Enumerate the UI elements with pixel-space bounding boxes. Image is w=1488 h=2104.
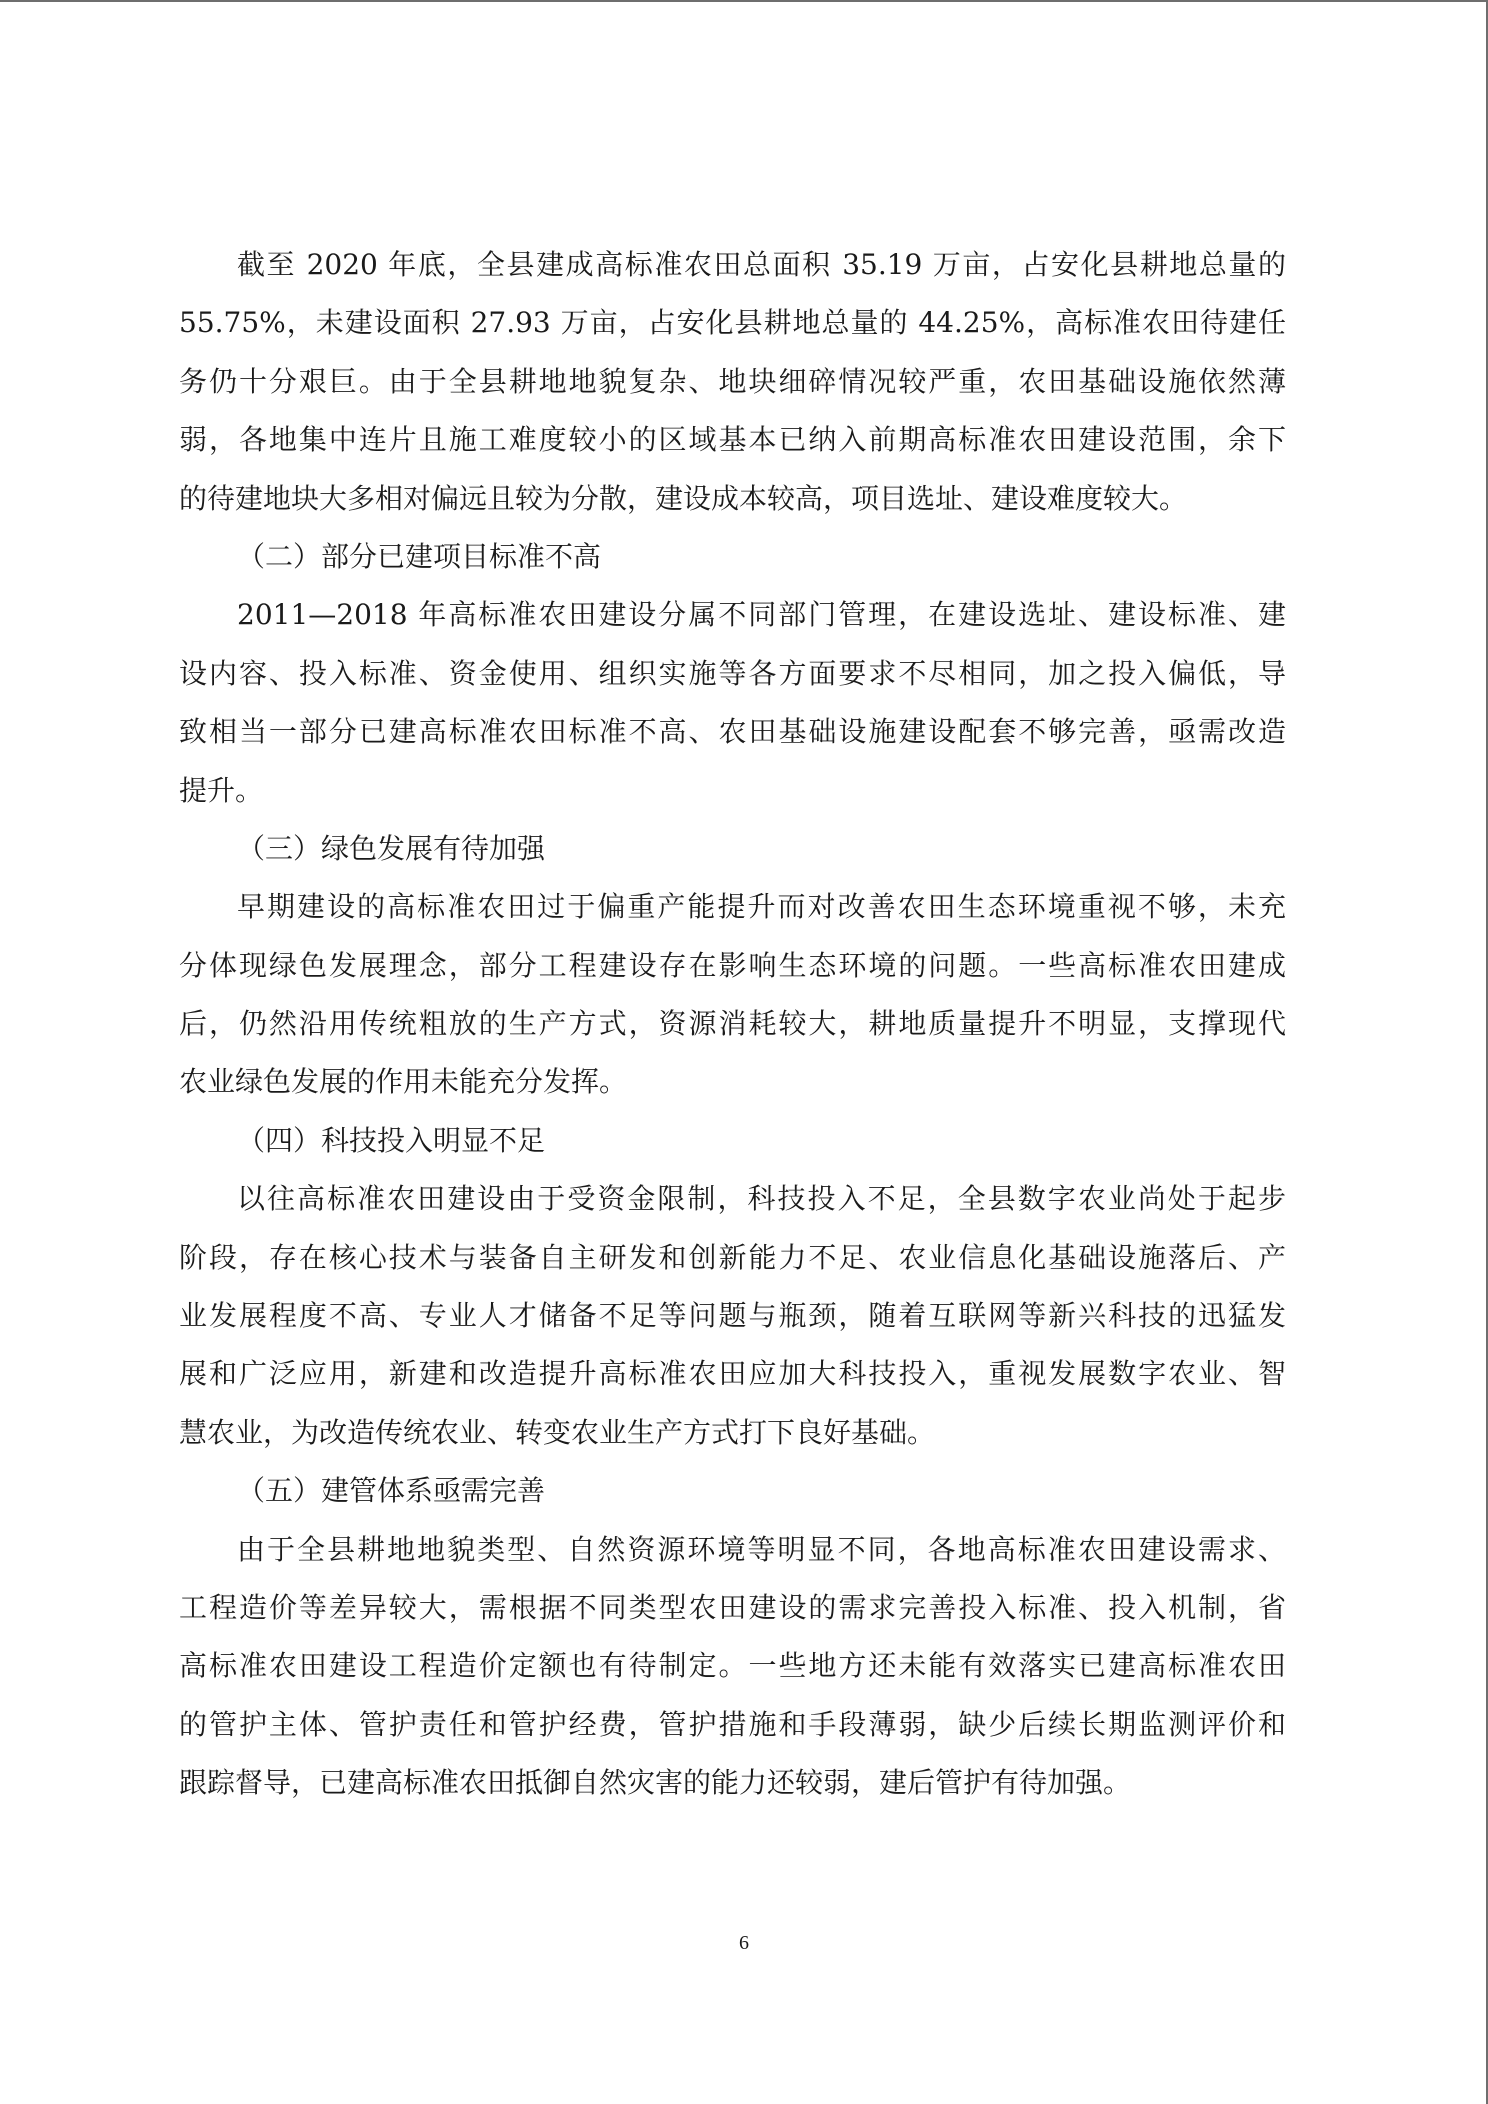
paragraph-management-system: 由于全县耕地地貌类型、自然资源环境等明显不同，各地高标准农田建设需求、 工程造价… [179, 1521, 1286, 1813]
paragraph-line: 的管护主体、管护责任和管护经费，管护措施和手段薄弱，缺少后续长期监测评价和 [179, 1696, 1286, 1754]
paragraph-line: 农业绿色发展的作用未能充分发挥。 [179, 1053, 1286, 1111]
paragraph-line: 阶段，存在核心技术与装备自主研发和创新能力不足、农业信息化基础设施落后、产 [179, 1229, 1286, 1287]
paragraph-line: 业发展程度不高、专业人才储备不足等问题与瓶颈，随着互联网等新兴科技的迅猛发 [179, 1287, 1286, 1345]
paragraph-completion-status: 截至 2020 年底，全县建成高标准农田总面积 35.19 万亩，占安化县耕地总… [179, 236, 1286, 528]
paragraph-line: 提升。 [179, 762, 1286, 820]
document-body: 截至 2020 年底，全县建成高标准农田总面积 35.19 万亩，占安化县耕地总… [179, 236, 1286, 1813]
paragraph-line: 2011—2018 年高标准农田建设分属不同部门管理，在建设选址、建设标准、建 [179, 586, 1286, 644]
section-heading-2: （二）部分已建项目标准不高 [179, 528, 1286, 586]
paragraph-line: 弱，各地集中连片且施工难度较小的区域基本已纳入前期高标准农田建设范围，余下 [179, 411, 1286, 469]
paragraph-line: 慧农业，为改造传统农业、转变农业生产方式打下良好基础。 [179, 1404, 1286, 1462]
paragraph-line: 工程造价等差异较大，需根据不同类型农田建设的需求完善投入标准、投入机制，省 [179, 1579, 1286, 1637]
paragraph-line: 跟踪督导，已建高标准农田抵御自然灾害的能力还较弱，建后管护有待加强。 [179, 1754, 1286, 1812]
paragraph-tech-investment: 以往高标准农田建设由于受资金限制，科技投入不足，全县数字农业尚处于起步 阶段，存… [179, 1170, 1286, 1462]
paragraph-line: 致相当一部分已建高标准农田标准不高、农田基础设施建设配套不够完善，亟需改造 [179, 703, 1286, 761]
paragraph-line: 务仍十分艰巨。由于全县耕地地貌复杂、地块细碎情况较严重，农田基础设施依然薄 [179, 353, 1286, 411]
paragraph-line: 以往高标准农田建设由于受资金限制，科技投入不足，全县数字农业尚处于起步 [179, 1170, 1286, 1228]
page-number: 6 [0, 1928, 1488, 1958]
paragraph-line: 55.75%，未建设面积 27.93 万亩，占安化县耕地总量的 44.25%，高… [179, 294, 1286, 352]
paragraph-line: 后，仍然沿用传统粗放的生产方式，资源消耗较大，耕地质量提升不明显，支撑现代 [179, 995, 1286, 1053]
paragraph-green-development: 早期建设的高标准农田过于偏重产能提升而对改善农田生态环境重视不够，未充 分体现绿… [179, 878, 1286, 1112]
section-heading-5: （五）建管体系亟需完善 [179, 1462, 1286, 1520]
section-heading-4: （四）科技投入明显不足 [179, 1112, 1286, 1170]
section-heading-3: （三）绿色发展有待加强 [179, 820, 1286, 878]
page-top-border [0, 0, 1488, 2]
paragraph-line: 设内容、投入标准、资金使用、组织实施等各方面要求不尽相同，加之投入偏低，导 [179, 645, 1286, 703]
paragraph-line: 展和广泛应用，新建和改造提升高标准农田应加大科技投入，重视发展数字农业、智 [179, 1345, 1286, 1403]
paragraph-line: 分体现绿色发展理念，部分工程建设存在影响生态环境的问题。一些高标准农田建成 [179, 937, 1286, 995]
paragraph-standards: 2011—2018 年高标准农田建设分属不同部门管理，在建设选址、建设标准、建 … [179, 586, 1286, 820]
paragraph-line: 早期建设的高标准农田过于偏重产能提升而对改善农田生态环境重视不够，未充 [179, 878, 1286, 936]
paragraph-line: 的待建地块大多相对偏远且较为分散，建设成本较高，项目选址、建设难度较大。 [179, 470, 1286, 528]
paragraph-line: 高标准农田建设工程造价定额也有待制定。一些地方还未能有效落实已建高标准农田 [179, 1637, 1286, 1695]
paragraph-line: 截至 2020 年底，全县建成高标准农田总面积 35.19 万亩，占安化县耕地总… [179, 236, 1286, 294]
paragraph-line: 由于全县耕地地貌类型、自然资源环境等明显不同，各地高标准农田建设需求、 [179, 1521, 1286, 1579]
